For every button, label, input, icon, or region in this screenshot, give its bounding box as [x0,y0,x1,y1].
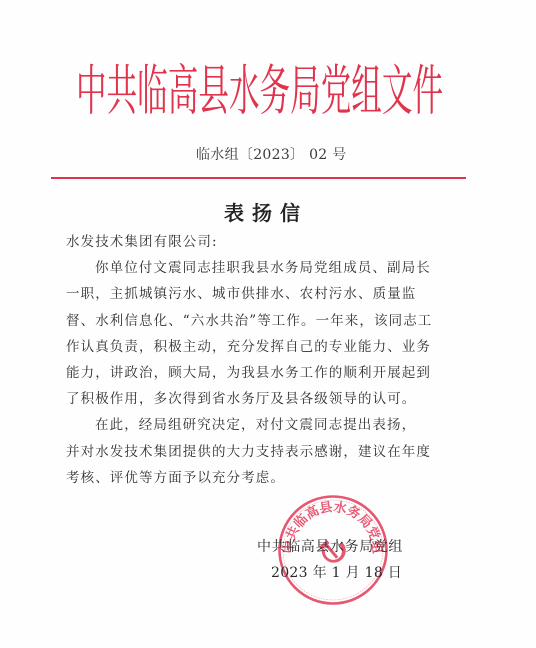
document-header-title: 中共临高县水务局党组文件 [76,55,318,126]
paragraph-line: 一职，主抓城镇污水、城市供排水、农村污水、质量监 [66,281,446,307]
paragraph-line: 并对水发技术集团提供的大力支持表示感谢，建议在年度 [66,439,446,465]
document-number: 临水组〔2023〕 02 号 [196,145,347,165]
paragraph-line: 在此，经局组研究决定，对付文震同志提出表扬， [66,412,446,438]
paragraph-line: 考核、评优等方面予以充分考虑。 [66,465,446,491]
header-divider [51,177,466,179]
paragraph-line: 你单位付文震同志挂职我县水务局党组成员、副局长 [66,255,446,281]
signature-date: 2023 年 1 月 18 日 [271,563,402,583]
paragraph-line: 了积极作用，多次得到省水务厅及县各级领导的认可。 [66,386,446,412]
signature-organization: 中共临高县水务局党组 [257,537,403,557]
letter-title: 表扬信 [224,200,308,226]
paragraph-line: 督、水利信息化、“六水共治”等工作。一年来，该同志工 [66,308,446,334]
document-page: 中共临高县水务局党组文件 临水组〔2023〕 02 号 表扬信 水发技术集团有限… [0,0,536,648]
paragraph-line: 作认真负责，积极主动，充分发挥自己的专业能力、业务 [66,334,446,360]
letter-body: 水发技术集团有限公司: 你单位付文震同志挂职我县水务局党组成员、副局长 一职，主… [66,229,446,491]
salutation: 水发技术集团有限公司: [66,229,446,255]
paragraph-line: 能力，讲政治，顾大局，为我县水务工作的顺利开展起到 [66,360,446,386]
